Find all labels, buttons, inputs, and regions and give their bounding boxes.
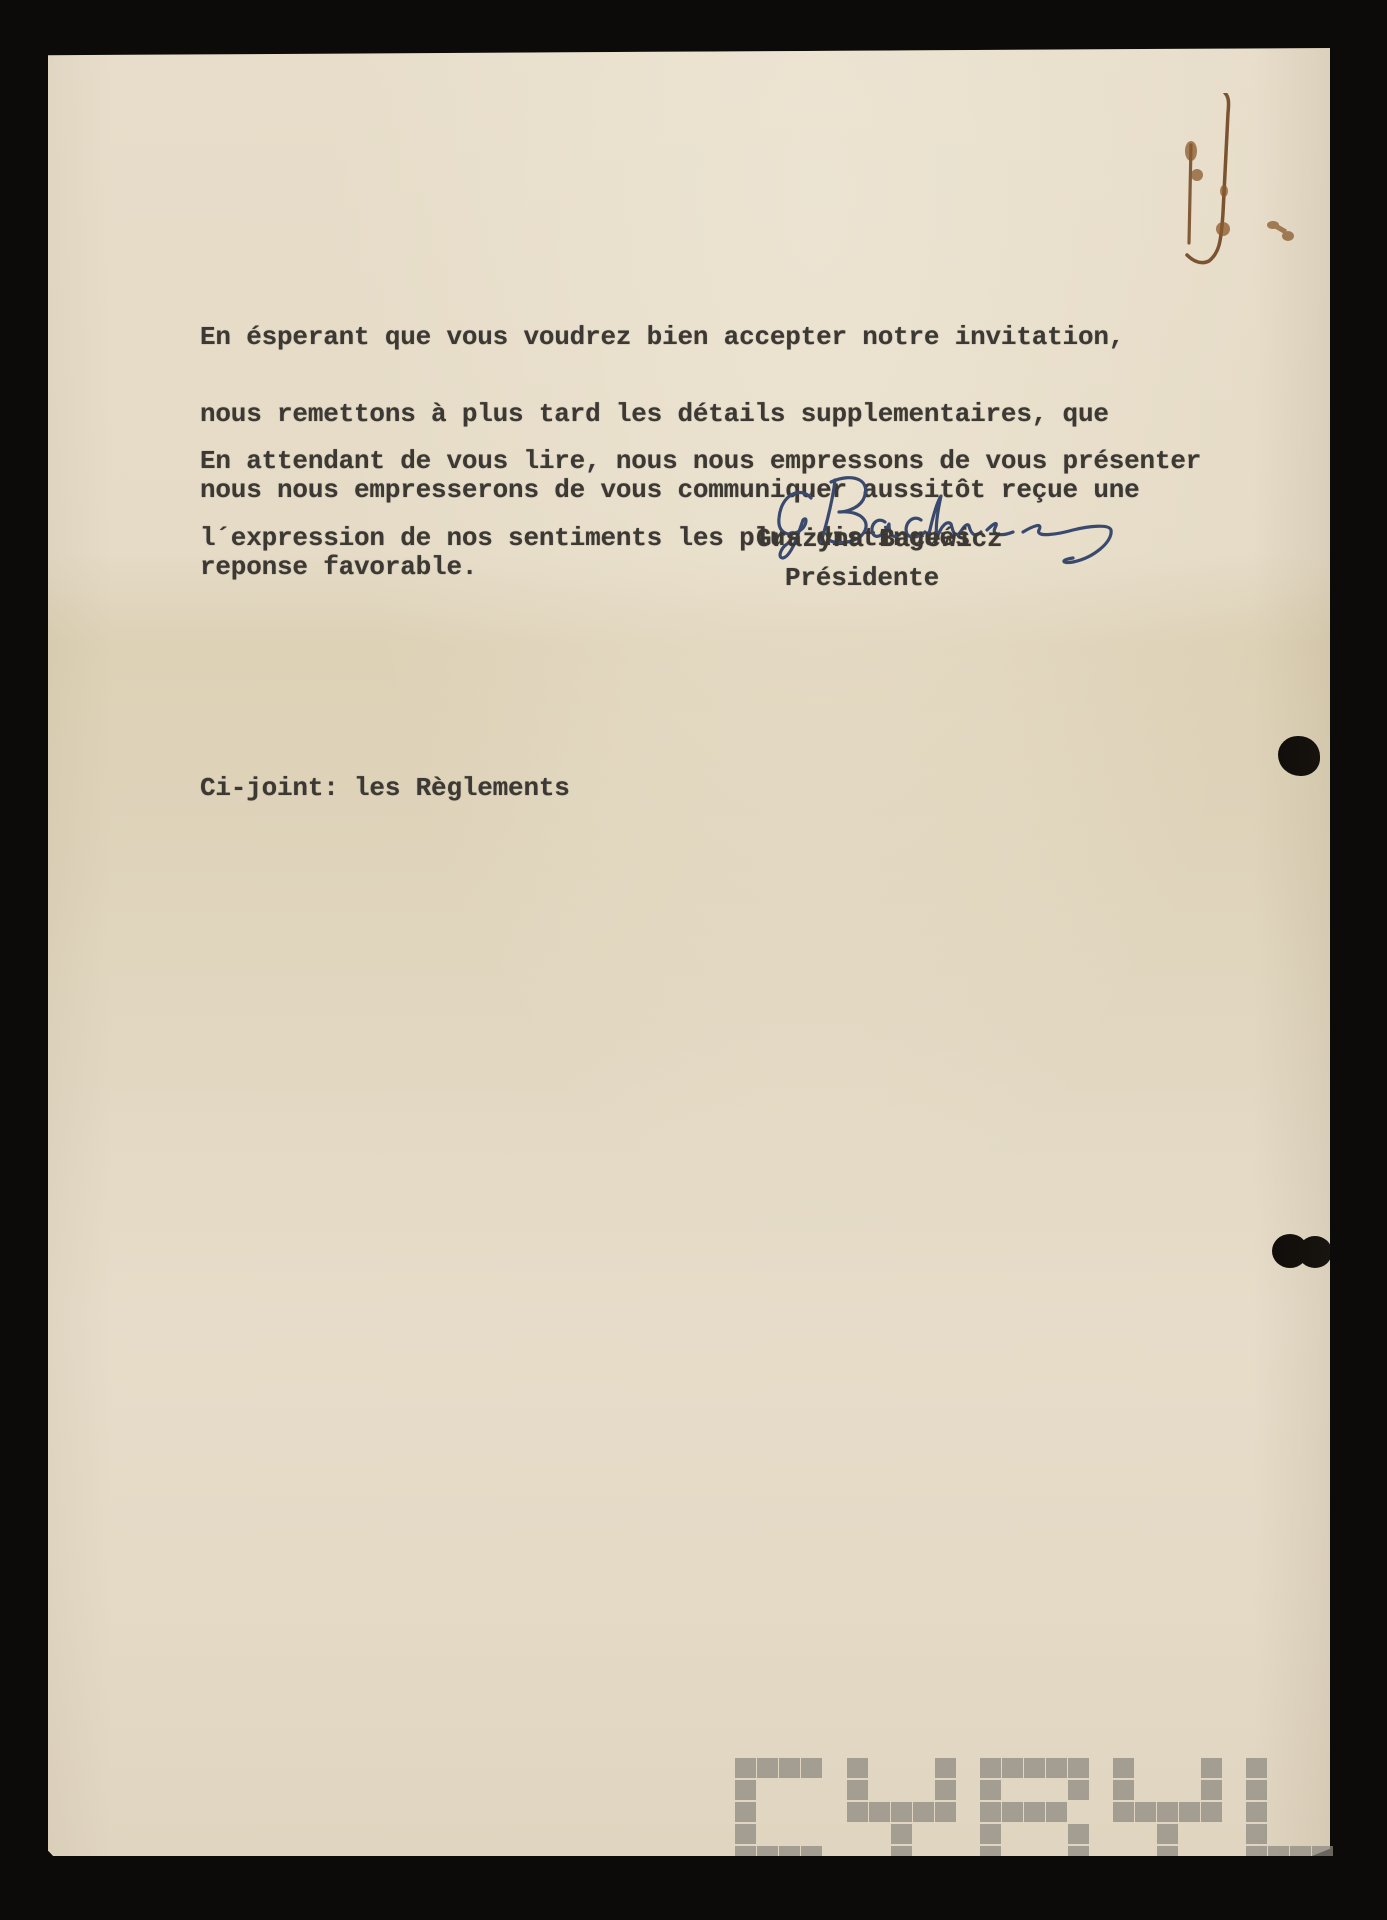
paperclip-rust-stain-icon [1173, 93, 1303, 273]
paragraph-invitation: En ésperant que vous voudrez bien accept… [200, 274, 1140, 631]
signatory-name: Grażyna Bacewicz [756, 527, 1002, 553]
text-line: En attendant de vous lire, nous nous emp… [200, 449, 1201, 475]
paragraph-closing: En attendant de vous lire, nous nous emp… [200, 398, 1201, 602]
handwritten-signature [773, 468, 1133, 568]
letter-page: En ésperant que vous voudrez bien accept… [48, 48, 1330, 1856]
punch-hole [1272, 1234, 1308, 1268]
text-line: nous remettons à plus tard les détails s… [200, 402, 1140, 428]
text-line: nous nous empresserons de vous communiqu… [200, 478, 1140, 504]
signatory-title: Présidente [785, 566, 939, 592]
punch-hole [1278, 736, 1320, 776]
text-line: reponse favorable. [200, 555, 1140, 581]
text-line: l´expression de nos sentiments les plus … [200, 526, 1201, 552]
punch-hole [1298, 1236, 1332, 1268]
text-line: En ésperant que vous voudrez bien accept… [200, 325, 1140, 351]
attachment-note: Ci-joint: les Règlements [200, 776, 570, 802]
